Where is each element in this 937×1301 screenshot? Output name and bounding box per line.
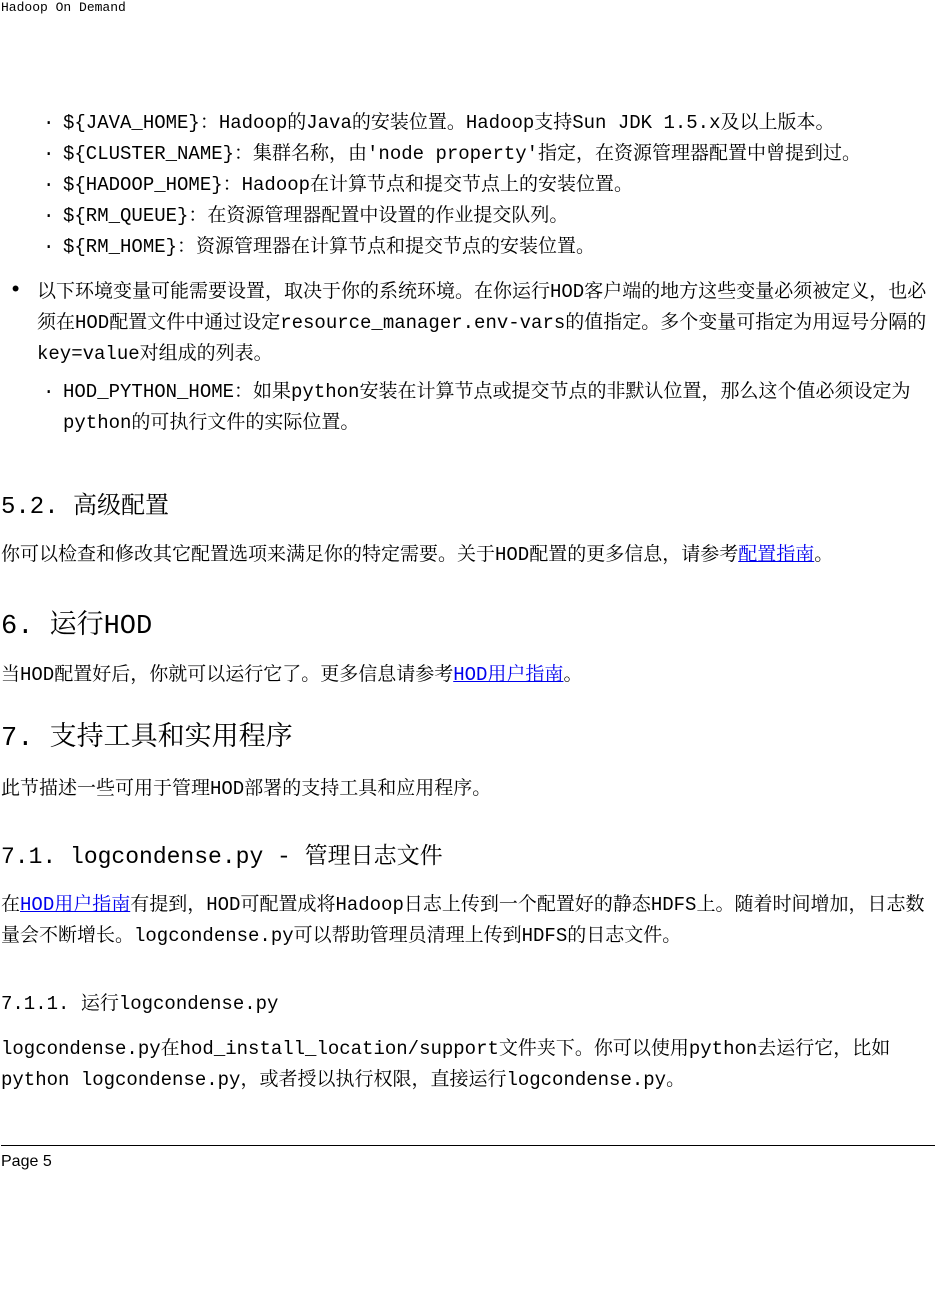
paragraph-advanced-config: 你可以检查和修改其它配置选项来满足你的特定需要。关于HOD配置的更多信息，请参考… [1,540,935,571]
list-item: ${JAVA_HOME}：Hadoop的Java的安装位置。Hadoop支持Su… [63,108,935,139]
section-heading-advanced-config: 5.2. 高级配置 [1,493,935,523]
paragraph-text: 。 [814,544,833,566]
paragraph-run-hod: 当HOD配置好后，你就可以运行它了。更多信息请参考HOD用户指南。 [1,660,935,691]
paragraph-text: 当HOD配置好后，你就可以运行它了。更多信息请参考 [1,664,453,686]
paragraph-text: 。 [563,664,582,686]
env-note-text: 以下环境变量可能需要设置，取决于你的系统环境。在你运行HOD客户端的地方这些变量… [37,281,926,365]
section-heading-support-tools: 7. 支持工具和实用程序 [1,722,935,756]
paragraph-text: 在 [1,894,20,916]
hod-user-guide-link[interactable]: HOD用户指南 [453,664,563,686]
paragraph-text: 你可以检查和修改其它配置选项来满足你的特定需要。关于HOD配置的更多信息，请参考 [1,544,738,566]
list-item: ${HADOOP_HOME}：Hadoop在计算节点和提交节点上的安装位置。 [63,170,935,201]
section-heading-run-hod: 6. 运行HOD [1,610,935,644]
page-number: Page 5 [1,1152,935,1171]
env-variable-list: ${JAVA_HOME}：Hadoop的Java的安装位置。Hadoop支持Su… [1,108,935,263]
env-note-sublist: HOD_PYTHON_HOME：如果python安装在计算节点或提交节点的非默认… [37,377,935,439]
list-item: ${CLUSTER_NAME}：集群名称，由'node property'指定，… [63,139,935,170]
paragraph-support-tools: 此节描述一些可用于管理HOD部署的支持工具和应用程序。 [1,774,935,805]
list-item: 以下环境变量可能需要设置，取决于你的系统环境。在你运行HOD客户端的地方这些变量… [37,277,935,439]
paragraph-text: 有提到，HOD可配置成将Hadoop日志上传到一个配置好的静态HDFS上。随着时… [1,894,924,947]
list-item: ${RM_HOME}：资源管理器在计算节点和提交节点的安装位置。 [63,232,935,263]
config-guide-link[interactable]: 配置指南 [738,544,814,566]
env-note-list: 以下环境变量可能需要设置，取决于你的系统环境。在你运行HOD客户端的地方这些变量… [1,277,935,439]
list-item: ${RM_QUEUE}：在资源管理器配置中设置的作业提交队列。 [63,201,935,232]
paragraph-logcondense: 在HOD用户指南有提到，HOD可配置成将Hadoop日志上传到一个配置好的静态H… [1,890,935,952]
paragraph-run-logcondense: logcondense.py在hod_install_location/supp… [1,1034,935,1096]
footer-divider [1,1145,935,1146]
list-item: HOD_PYTHON_HOME：如果python安装在计算节点或提交节点的非默认… [63,377,935,439]
page-header: Hadoop On Demand [1,0,935,15]
hod-user-guide-link[interactable]: HOD用户指南 [20,894,130,916]
section-heading-run-logcondense: 7.1.1. 运行logcondense.py [1,992,935,1016]
section-heading-logcondense: 7.1. logcondense.py - 管理日志文件 [1,843,935,872]
